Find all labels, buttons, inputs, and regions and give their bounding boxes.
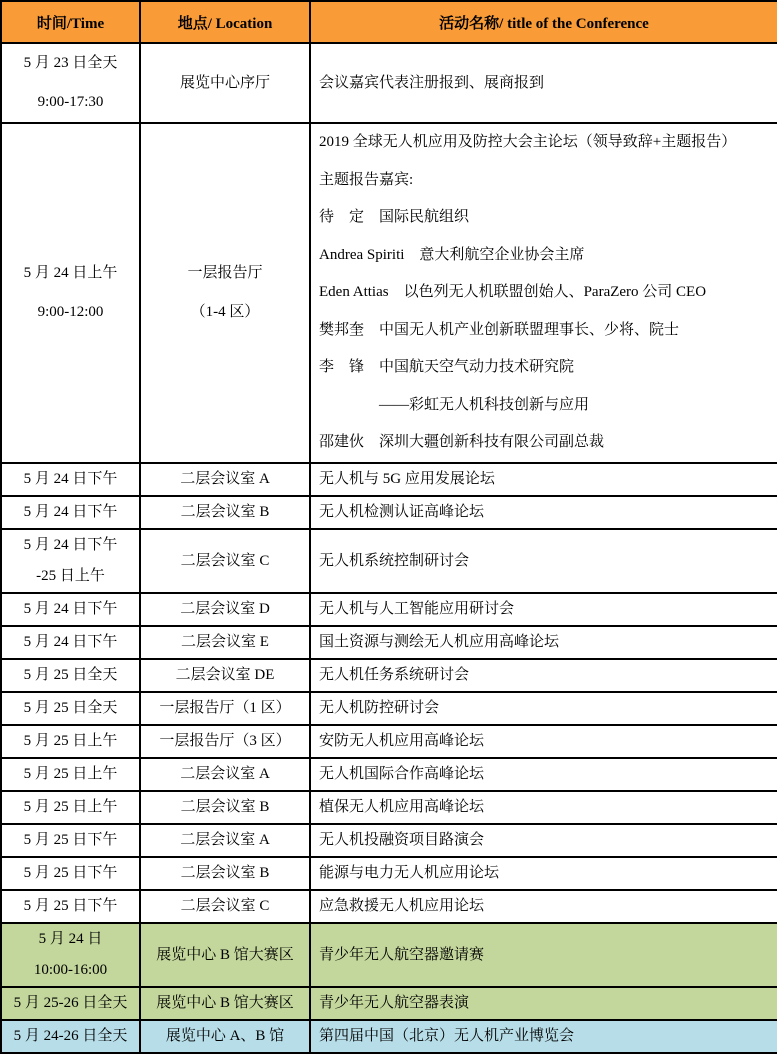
time-cell: 5 月 23 日全天9:00-17:30 (1, 43, 140, 123)
cell-text-line: 5 月 25 日全天 (2, 693, 139, 724)
location-cell: 二层会议室 A (140, 824, 310, 857)
location-cell: 一层报告厅（1 区） (140, 692, 310, 725)
cell-text-line: 第四届中国（北京）无人机产业博览会 (319, 1021, 773, 1052)
cell-text-line: 5 月 24 日上午 (2, 254, 139, 293)
cell-text-line: 5 月 25 日上午 (2, 792, 139, 823)
cell-text-line: 一层报告厅（1 区） (141, 693, 309, 724)
table-row: 5 月 24 日上午9:00-12:00 一层报告厅（1-4 区） 2019 全… (1, 123, 777, 463)
cell-text-line: 无人机系统控制研讨会 (319, 546, 773, 577)
cell-text-line: 青少年无人航空器表演 (319, 988, 773, 1019)
cell-text-line: 无人机投融资项目路演会 (319, 825, 773, 856)
cell-text-line: 2019 全球无人机应用及防控大会主论坛（领导致辞+主题报告） (319, 124, 773, 162)
time-cell: 5 月 25-26 日全天 (1, 987, 140, 1020)
location-cell: 二层会议室 A (140, 758, 310, 791)
table-row: 5 月 25 日上午 二层会议室 B 植保无人机应用高峰论坛 (1, 791, 777, 824)
table-row: 5 月 25-26 日全天 展览中心 B 馆大赛区 青少年无人航空器表演 (1, 987, 777, 1020)
cell-text-line: 一层报告厅 (141, 254, 309, 293)
activity-cell: 无人机投融资项目路演会 (310, 824, 777, 857)
activity-cell: 无人机检测认证高峰论坛 (310, 496, 777, 529)
location-cell: 二层会议室 E (140, 626, 310, 659)
cell-text-line: 5 月 24 日下午 (2, 497, 139, 528)
cell-text-line: 5 月 25-26 日全天 (2, 988, 139, 1019)
time-cell: 5 月 25 日全天 (1, 659, 140, 692)
location-cell: 展览中心 A、B 馆 (140, 1020, 310, 1053)
cell-text-line: Eden Attias 以色列无人机联盟创始人、ParaZero 公司 CEO (319, 274, 773, 312)
cell-text-line: 5 月 24-26 日全天 (2, 1021, 139, 1052)
cell-text-line: 无人机国际合作高峰论坛 (319, 759, 773, 790)
cell-text-line: 5 月 24 日下午 (2, 594, 139, 625)
cell-text-line: 5 月 25 日上午 (2, 726, 139, 757)
location-cell: 二层会议室 C (140, 890, 310, 923)
cell-text-line: 5 月 25 日下午 (2, 858, 139, 889)
table-row: 5 月 25 日全天 二层会议室 DE 无人机任务系统研讨会 (1, 659, 777, 692)
activity-cell: 青少年无人航空器表演 (310, 987, 777, 1020)
cell-text-line: 一层报告厅（3 区） (141, 726, 309, 757)
table-row: 5 月 25 日下午 二层会议室 A 无人机投融资项目路演会 (1, 824, 777, 857)
location-cell: 二层会议室 A (140, 463, 310, 496)
time-cell: 5 月 25 日全天 (1, 692, 140, 725)
activity-cell: 无人机防控研讨会 (310, 692, 777, 725)
cell-text-line: 5 月 25 日下午 (2, 891, 139, 922)
location-cell: 二层会议室 C (140, 529, 310, 593)
cell-text-line: ——彩虹无人机科技创新与应用 (319, 387, 773, 425)
location-cell: 一层报告厅（1-4 区） (140, 123, 310, 463)
table-row: 5 月 25 日上午 二层会议室 A 无人机国际合作高峰论坛 (1, 758, 777, 791)
cell-text-line: 二层会议室 B (141, 792, 309, 823)
cell-text-line: 5 月 23 日全天 (2, 44, 139, 83)
time-cell: 5 月 24 日下午 (1, 496, 140, 529)
cell-text-line: 二层会议室 A (141, 825, 309, 856)
cell-text-line: 无人机任务系统研讨会 (319, 660, 773, 691)
cell-text-line: 邵建伙 深圳大疆创新科技有限公司副总裁 (319, 424, 773, 462)
header-activity: 活动名称/ title of the Conference (310, 1, 777, 43)
activity-cell: 无人机任务系统研讨会 (310, 659, 777, 692)
cell-text-line: 无人机防控研讨会 (319, 693, 773, 724)
activity-cell: 无人机国际合作高峰论坛 (310, 758, 777, 791)
table-row: 5 月 24 日下午 二层会议室 E 国土资源与测绘无人机应用高峰论坛 (1, 626, 777, 659)
location-cell: 一层报告厅（3 区） (140, 725, 310, 758)
activity-cell: 2019 全球无人机应用及防控大会主论坛（领导致辞+主题报告）主题报告嘉宾:待 … (310, 123, 777, 463)
cell-text-line: 二层会议室 A (141, 759, 309, 790)
cell-text-line: 5 月 24 日下午 (2, 627, 139, 658)
cell-text-line: 5 月 24 日 (2, 924, 139, 955)
cell-text-line: 二层会议室 A (141, 464, 309, 495)
table-row: 5 月 24 日10:00-16:00 展览中心 B 馆大赛区 青少年无人航空器… (1, 923, 777, 987)
table-row: 5 月 24 日下午 二层会议室 B 无人机检测认证高峰论坛 (1, 496, 777, 529)
location-cell: 展览中心 B 馆大赛区 (140, 987, 310, 1020)
cell-text-line: 安防无人机应用高峰论坛 (319, 726, 773, 757)
activity-cell: 应急救援无人机应用论坛 (310, 890, 777, 923)
time-cell: 5 月 24 日下午 (1, 593, 140, 626)
table-row: 5 月 24 日下午 二层会议室 A 无人机与 5G 应用发展论坛 (1, 463, 777, 496)
cell-text-line: 展览中心 B 馆大赛区 (141, 988, 309, 1019)
table-row: 5 月 25 日下午 二层会议室 C 应急救援无人机应用论坛 (1, 890, 777, 923)
time-cell: 5 月 25 日下午 (1, 824, 140, 857)
activity-cell: 会议嘉宾代表注册报到、展商报到 (310, 43, 777, 123)
header-location: 地点/ Location (140, 1, 310, 43)
cell-text-line: 10:00-16:00 (2, 955, 139, 986)
table-row: 5 月 25 日全天 一层报告厅（1 区） 无人机防控研讨会 (1, 692, 777, 725)
location-cell: 二层会议室 DE (140, 659, 310, 692)
cell-text-line: 青少年无人航空器邀请赛 (319, 940, 773, 971)
cell-text-line: 樊邦奎 中国无人机产业创新联盟理事长、少将、院士 (319, 312, 773, 350)
cell-text-line: 展览中心序厅 (141, 68, 309, 99)
time-cell: 5 月 25 日上午 (1, 725, 140, 758)
location-cell: 展览中心 B 馆大赛区 (140, 923, 310, 987)
cell-text-line: 会议嘉宾代表注册报到、展商报到 (319, 68, 773, 99)
table-row: 5 月 25 日下午 二层会议室 B 能源与电力无人机应用论坛 (1, 857, 777, 890)
location-cell: 二层会议室 B (140, 857, 310, 890)
cell-text-line: 展览中心 A、B 馆 (141, 1021, 309, 1052)
cell-text-line: 二层会议室 C (141, 891, 309, 922)
location-cell: 二层会议室 D (140, 593, 310, 626)
cell-text-line: 植保无人机应用高峰论坛 (319, 792, 773, 823)
time-cell: 5 月 24 日10:00-16:00 (1, 923, 140, 987)
cell-text-line: 待 定 国际民航组织 (319, 199, 773, 237)
table-row: 5 月 24 日下午 二层会议室 D 无人机与人工智能应用研讨会 (1, 593, 777, 626)
activity-cell: 青少年无人航空器邀请赛 (310, 923, 777, 987)
cell-text-line: 5 月 25 日全天 (2, 660, 139, 691)
activity-cell: 第四届中国（北京）无人机产业博览会 (310, 1020, 777, 1053)
cell-text-line: 二层会议室 D (141, 594, 309, 625)
cell-text-line: 5 月 25 日下午 (2, 825, 139, 856)
cell-text-line: 二层会议室 C (141, 546, 309, 577)
time-cell: 5 月 24 日下午 (1, 626, 140, 659)
conference-schedule-table: 时间/Time 地点/ Location 活动名称/ title of the … (0, 0, 777, 1054)
time-cell: 5 月 25 日上午 (1, 791, 140, 824)
cell-text-line: 5 月 24 日下午 (2, 530, 139, 561)
cell-text-line: 二层会议室 DE (141, 660, 309, 691)
header-row: 时间/Time 地点/ Location 活动名称/ title of the … (1, 1, 777, 43)
activity-cell: 无人机与人工智能应用研讨会 (310, 593, 777, 626)
cell-text-line: 李 锋 中国航天空气动力技术研究院 (319, 349, 773, 387)
time-cell: 5 月 24 日下午 (1, 463, 140, 496)
cell-text-line: 二层会议室 B (141, 858, 309, 889)
cell-text-line: 国土资源与测绘无人机应用高峰论坛 (319, 627, 773, 658)
activity-cell: 国土资源与测绘无人机应用高峰论坛 (310, 626, 777, 659)
cell-text-line: 能源与电力无人机应用论坛 (319, 858, 773, 889)
time-cell: 5 月 24 日下午-25 日上午 (1, 529, 140, 593)
cell-text-line: 二层会议室 B (141, 497, 309, 528)
cell-text-line: 5 月 25 日上午 (2, 759, 139, 790)
activity-cell: 植保无人机应用高峰论坛 (310, 791, 777, 824)
cell-text-line: 展览中心 B 馆大赛区 (141, 940, 309, 971)
time-cell: 5 月 25 日上午 (1, 758, 140, 791)
table-row: 5 月 24 日下午-25 日上午 二层会议室 C 无人机系统控制研讨会 (1, 529, 777, 593)
cell-text-line: Andrea Spiriti 意大利航空企业协会主席 (319, 237, 773, 275)
table-row: 5 月 25 日上午 一层报告厅（3 区） 安防无人机应用高峰论坛 (1, 725, 777, 758)
location-cell: 展览中心序厅 (140, 43, 310, 123)
location-cell: 二层会议室 B (140, 791, 310, 824)
time-cell: 5 月 24 日上午9:00-12:00 (1, 123, 140, 463)
table-row: 5 月 24-26 日全天 展览中心 A、B 馆 第四届中国（北京）无人机产业博… (1, 1020, 777, 1053)
cell-text-line: 无人机检测认证高峰论坛 (319, 497, 773, 528)
cell-text-line: 9:00-12:00 (2, 293, 139, 332)
time-cell: 5 月 25 日下午 (1, 857, 140, 890)
activity-cell: 无人机系统控制研讨会 (310, 529, 777, 593)
cell-text-line: 应急救援无人机应用论坛 (319, 891, 773, 922)
activity-cell: 能源与电力无人机应用论坛 (310, 857, 777, 890)
cell-text-line: （1-4 区） (141, 293, 309, 332)
cell-text-line: 主题报告嘉宾: (319, 162, 773, 200)
cell-text-line: 9:00-17:30 (2, 83, 139, 122)
header-time: 时间/Time (1, 1, 140, 43)
table-row: 5 月 23 日全天9:00-17:30 展览中心序厅 会议嘉宾代表注册报到、展… (1, 43, 777, 123)
activity-cell: 无人机与 5G 应用发展论坛 (310, 463, 777, 496)
activity-cell: 安防无人机应用高峰论坛 (310, 725, 777, 758)
cell-text-line: 无人机与 5G 应用发展论坛 (319, 464, 773, 495)
time-cell: 5 月 25 日下午 (1, 890, 140, 923)
cell-text-line: 二层会议室 E (141, 627, 309, 658)
location-cell: 二层会议室 B (140, 496, 310, 529)
cell-text-line: -25 日上午 (2, 561, 139, 592)
cell-text-line: 无人机与人工智能应用研讨会 (319, 594, 773, 625)
cell-text-line: 5 月 24 日下午 (2, 464, 139, 495)
time-cell: 5 月 24-26 日全天 (1, 1020, 140, 1053)
